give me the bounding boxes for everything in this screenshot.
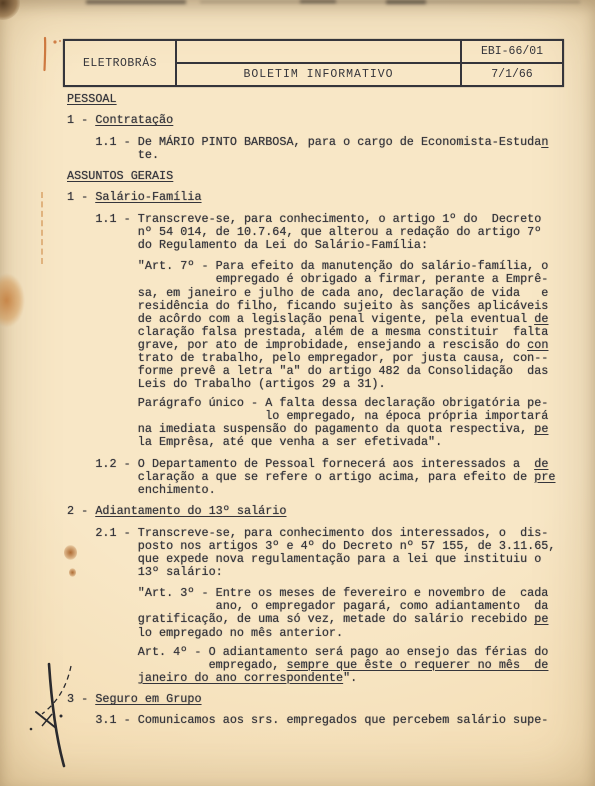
text: enchimento. [138, 483, 216, 497]
text: gratificação, de uma só vez, metade do s… [138, 612, 534, 626]
text-line: enchimento. [67, 484, 587, 497]
text-line: la Emprêsa, até que venha a ser efetivad… [67, 436, 587, 449]
text: ano, o empregador pagará, como adiantame… [216, 599, 549, 613]
text-line: Leis do Trabalho (artigos 29 a 31). [67, 378, 587, 391]
text-line: 1 - Salário-Família [67, 191, 587, 204]
text-line: lo empregado no mês anterior. [67, 627, 587, 640]
text: lo empregado, na época própria importará [265, 409, 548, 423]
text: te. [138, 148, 159, 162]
underlined-text: de [534, 457, 548, 471]
text: 1 - [67, 113, 95, 127]
text-line: te. [67, 149, 587, 162]
underlined-text: ASSUNTOS GERAIS [67, 169, 173, 183]
document-body: PESSOAL1 - Contratação1.1 - De MÁRIO PIN… [67, 93, 587, 728]
text: la Emprêsa, até que venha a ser efetivad… [138, 435, 442, 449]
header-title-cell: BOLETIM INFORMATIVO [177, 41, 460, 85]
text: 13º salário: [138, 565, 223, 579]
text: posto nos artigos 3º e 4º do Decreto nº … [138, 539, 556, 553]
text-line: 1 - Contratação [67, 114, 587, 127]
underlined-text: n [541, 135, 548, 149]
text-line: 2 - Adiantamento do 13º salário [67, 505, 587, 518]
header-title-blank-row [177, 41, 460, 64]
header-table: ELETROBRÁS BOLETIM INFORMATIVO EBI-66/01… [63, 39, 564, 87]
text: nº 54 014, de 10.7.64, que alterou a red… [138, 225, 542, 239]
text: Art. 4º - O adiantamento será pago ao en… [138, 645, 549, 659]
text: residência do filho, ficando sujeito às … [138, 299, 549, 313]
text: empregado é obrigado a firmar, perante a… [216, 272, 549, 286]
top-edge-line [200, 1, 580, 3]
text-line: 3 - Seguro em Grupo [67, 693, 587, 706]
underlined-text: con [527, 338, 548, 352]
text: forme prevê a letra "a" do artigo 482 da… [138, 364, 549, 378]
underlined-text: de [534, 312, 548, 326]
text: Leis do Trabalho (artigos 29 a 31). [138, 377, 386, 391]
paper-crease [41, 192, 43, 264]
underlined-text: Salário-Família [95, 190, 201, 204]
text: 3 - [67, 692, 95, 706]
corner-stain [0, 0, 20, 20]
underlined-text: pe [534, 612, 548, 626]
underlined-text: janeiro do ano correspondente [138, 671, 343, 685]
text: grave, por ato de improbidade, ensejando… [138, 338, 527, 352]
ink-stain [0, 268, 32, 340]
doc-date: 7/1/66 [462, 64, 562, 85]
text: ". [343, 671, 357, 685]
text-line: ASSUNTOS GERAIS [67, 170, 587, 183]
scanned-document-page: ELETROBRÁS BOLETIM INFORMATIVO EBI-66/01… [0, 0, 595, 786]
text: 2.1 - Transcreve-se, para conhecimento d… [95, 526, 548, 540]
underlined-text: PESSOAL [67, 92, 117, 106]
text: 1.2 - O Departamento de Pessoal fornecer… [95, 457, 534, 471]
underlined-text: sempre que êste o requerer no mês de [286, 658, 548, 672]
underlined-text: Adiantamento do 13º salário [95, 504, 286, 518]
text: trato de trabalho, pelo empregador, por … [138, 351, 549, 365]
text-line: 13º salário: [67, 566, 587, 579]
top-edge-smudge [86, 0, 186, 4]
text: claração falsa prestada, além de a mesma… [138, 325, 549, 339]
text: 3.1 - Comunicamos aos srs. empregados qu… [95, 713, 548, 727]
text-line: 3.1 - Comunicamos aos srs. empregados qu… [67, 714, 587, 727]
org-name: ELETROBRÁS [65, 41, 177, 85]
text: "Art. 3º - Entre os meses de fevereiro e… [138, 586, 549, 600]
header-meta-cell: EBI-66/01 7/1/66 [460, 41, 562, 85]
text: do Regulamento da Lei do Salário-Família… [138, 238, 428, 252]
underlined-text: pre [534, 470, 555, 484]
text: Parágrafo único - A falta dessa declaraç… [138, 396, 549, 410]
text: lo empregado no mês anterior. [138, 626, 343, 640]
text: de acôrdo com a legislação penal vigente… [138, 312, 534, 326]
text: 1 - [67, 190, 95, 204]
text: que expede nova regulamentação para a le… [138, 552, 542, 566]
text: claração a que se refere o artigo acima,… [138, 470, 534, 484]
bulletin-title: BOLETIM INFORMATIVO [177, 64, 460, 85]
text-line: PESSOAL [67, 93, 587, 106]
underlined-text: Contratação [95, 113, 173, 127]
text: empregado, [209, 658, 287, 672]
text: sa, em janeiro e julho de cada ano, decl… [138, 286, 549, 300]
text: 1.1 - Transcreve-se, para conhecimento, … [95, 212, 541, 226]
text: na imediata suspensão do pagamento da qu… [138, 422, 534, 436]
underlined-text: pe [534, 422, 548, 436]
text: "Art. 7º - Para efeito da manutenção do … [138, 259, 549, 273]
doc-code: EBI-66/01 [462, 41, 562, 64]
text-line: do Regulamento da Lei do Salário-Família… [67, 239, 587, 252]
underlined-text: Seguro em Grupo [95, 692, 201, 706]
text: 2 - [67, 504, 95, 518]
text-line: janeiro do ano correspondente". [67, 672, 587, 685]
text: 1.1 - De MÁRIO PINTO BARBOSA, para o car… [95, 135, 541, 149]
